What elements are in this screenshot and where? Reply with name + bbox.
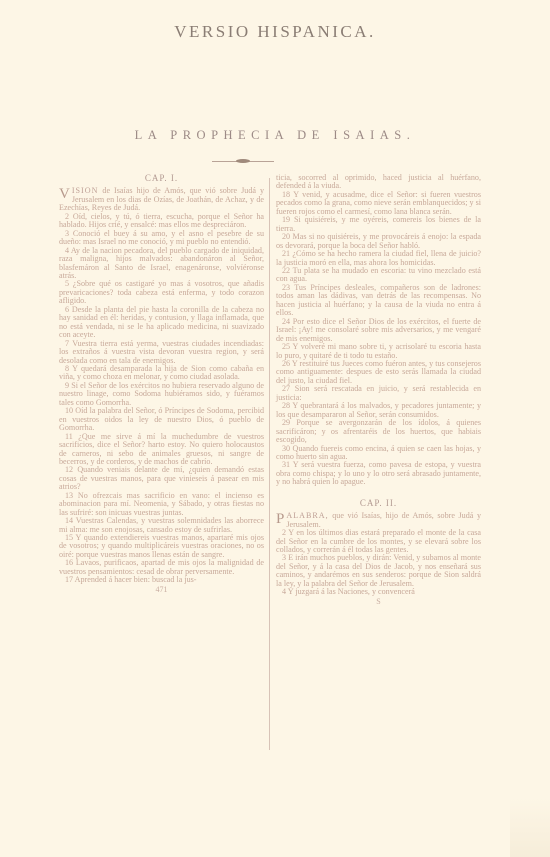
verse: 27 Sion será rescatada en juicio, y será… (276, 385, 481, 402)
verse: 3 E irán muchos pueblos, y dirán: Venid,… (276, 554, 481, 588)
ornament-center (236, 159, 250, 163)
verse-1: PALABRA, que vió Isaías, hijo de Amós, s… (276, 512, 481, 529)
verse: 7 Vuestra tierra está yerma, vuestras ci… (59, 340, 264, 365)
verse: 14 Vuestras Calendas, y vuestras solemni… (59, 517, 264, 534)
chapter-1-heading: CAP. I. (59, 174, 264, 182)
verse: 11 ¿Que me sirve á mí la muchedumbre de … (59, 433, 264, 467)
verse: 3 Conoció el buey á su amo, y el asno el… (59, 230, 264, 247)
signature-mark: S (276, 598, 481, 606)
paper-stain (510, 797, 550, 857)
verse: 21 ¿Cómo se ha hecho ramera la ciudad fi… (276, 250, 481, 267)
verse: 22 Tu plata se ha mudado en escoria: tu … (276, 267, 481, 284)
verse: 9 Si el Señor de los exércitos no hubier… (59, 382, 264, 407)
verse: 2 Oíd, cielos, y tú, ó tierra, escucha, … (59, 213, 264, 230)
book-page: VERSIO HISPANICA. LA PROPHECIA DE ISAIAS… (0, 0, 550, 857)
book-title: LA PROPHECIA DE ISAIAS. (0, 128, 550, 143)
verse: 5 ¿Sobre qué os castigaré yo mas á vosot… (59, 280, 264, 305)
verse: 31 Y será vuestra fuerza, como pavesa de… (276, 461, 481, 486)
dropcap: P (276, 513, 284, 526)
verse: 20 Mas si no quisiéreis, y me provocárei… (276, 233, 481, 250)
verse: 12 Quando veniais delante de mí, ¿quien … (59, 466, 264, 491)
ornament-rule-icon (212, 159, 274, 163)
left-column: CAP. I. VISION de Isaías hijo de Amós, q… (59, 174, 264, 594)
chapter-2-heading: CAP. II. (276, 499, 481, 507)
verse: 6 Desde la planta del pie hasta la coron… (59, 306, 264, 340)
verse: 23 Tus Príncipes desleales, compañeros s… (276, 284, 481, 318)
verse: 17 Aprended á hacer bien: buscad la jus- (59, 576, 264, 584)
verse: 4 Ay de la nacion pecadora, del pueblo c… (59, 247, 264, 281)
right-column: ticia, socorred al oprimido, haced justi… (276, 174, 481, 606)
verse: 26 Y restituiré tus Jueces como fuéron a… (276, 360, 481, 385)
verse: 16 Lavaos, purificaos, apartad de mis oj… (59, 559, 264, 576)
verse: ticia, socorred al oprimido, haced justi… (276, 174, 481, 191)
verse: 19 Si quisiéreis, y me oyéreis, comereis… (276, 216, 481, 233)
verse: 4 Y juzgará á las Naciones, y convencerá (276, 588, 481, 596)
verse: 28 Y quebrantará á los malvados, y pecad… (276, 402, 481, 419)
verse: 30 Quando fuereis como encina, á quien s… (276, 445, 481, 462)
verse-1: VISION de Isaías hijo de Amós, que vió s… (59, 187, 264, 212)
column-divider (269, 178, 270, 750)
verse: 10 Oíd la palabra del Señor, ó Príncipes… (59, 407, 264, 432)
verse: 2 Y en los últimos dias estará preparado… (276, 529, 481, 554)
verse: 29 Porque se avergonzarán de los ídolos,… (276, 419, 481, 444)
verse: 25 Y volveré mi mano sobre ti, y acrisol… (276, 343, 481, 360)
verse: 18 Y venid, y acusadme, dice el Señor: s… (276, 191, 481, 216)
dropcap: V (59, 188, 70, 201)
verse: 13 No ofrezcais mas sacrificio en vano: … (59, 492, 264, 517)
verse: 24 Por esto dice el Señor Dios de los ex… (276, 318, 481, 343)
verse: 8 Y quedará desamparada la hija de Sion … (59, 365, 264, 382)
running-head: VERSIO HISPANICA. (0, 22, 550, 42)
page-number: 471 (59, 586, 264, 594)
verse: 15 Y quando extendiereis vuestras manos,… (59, 534, 264, 559)
